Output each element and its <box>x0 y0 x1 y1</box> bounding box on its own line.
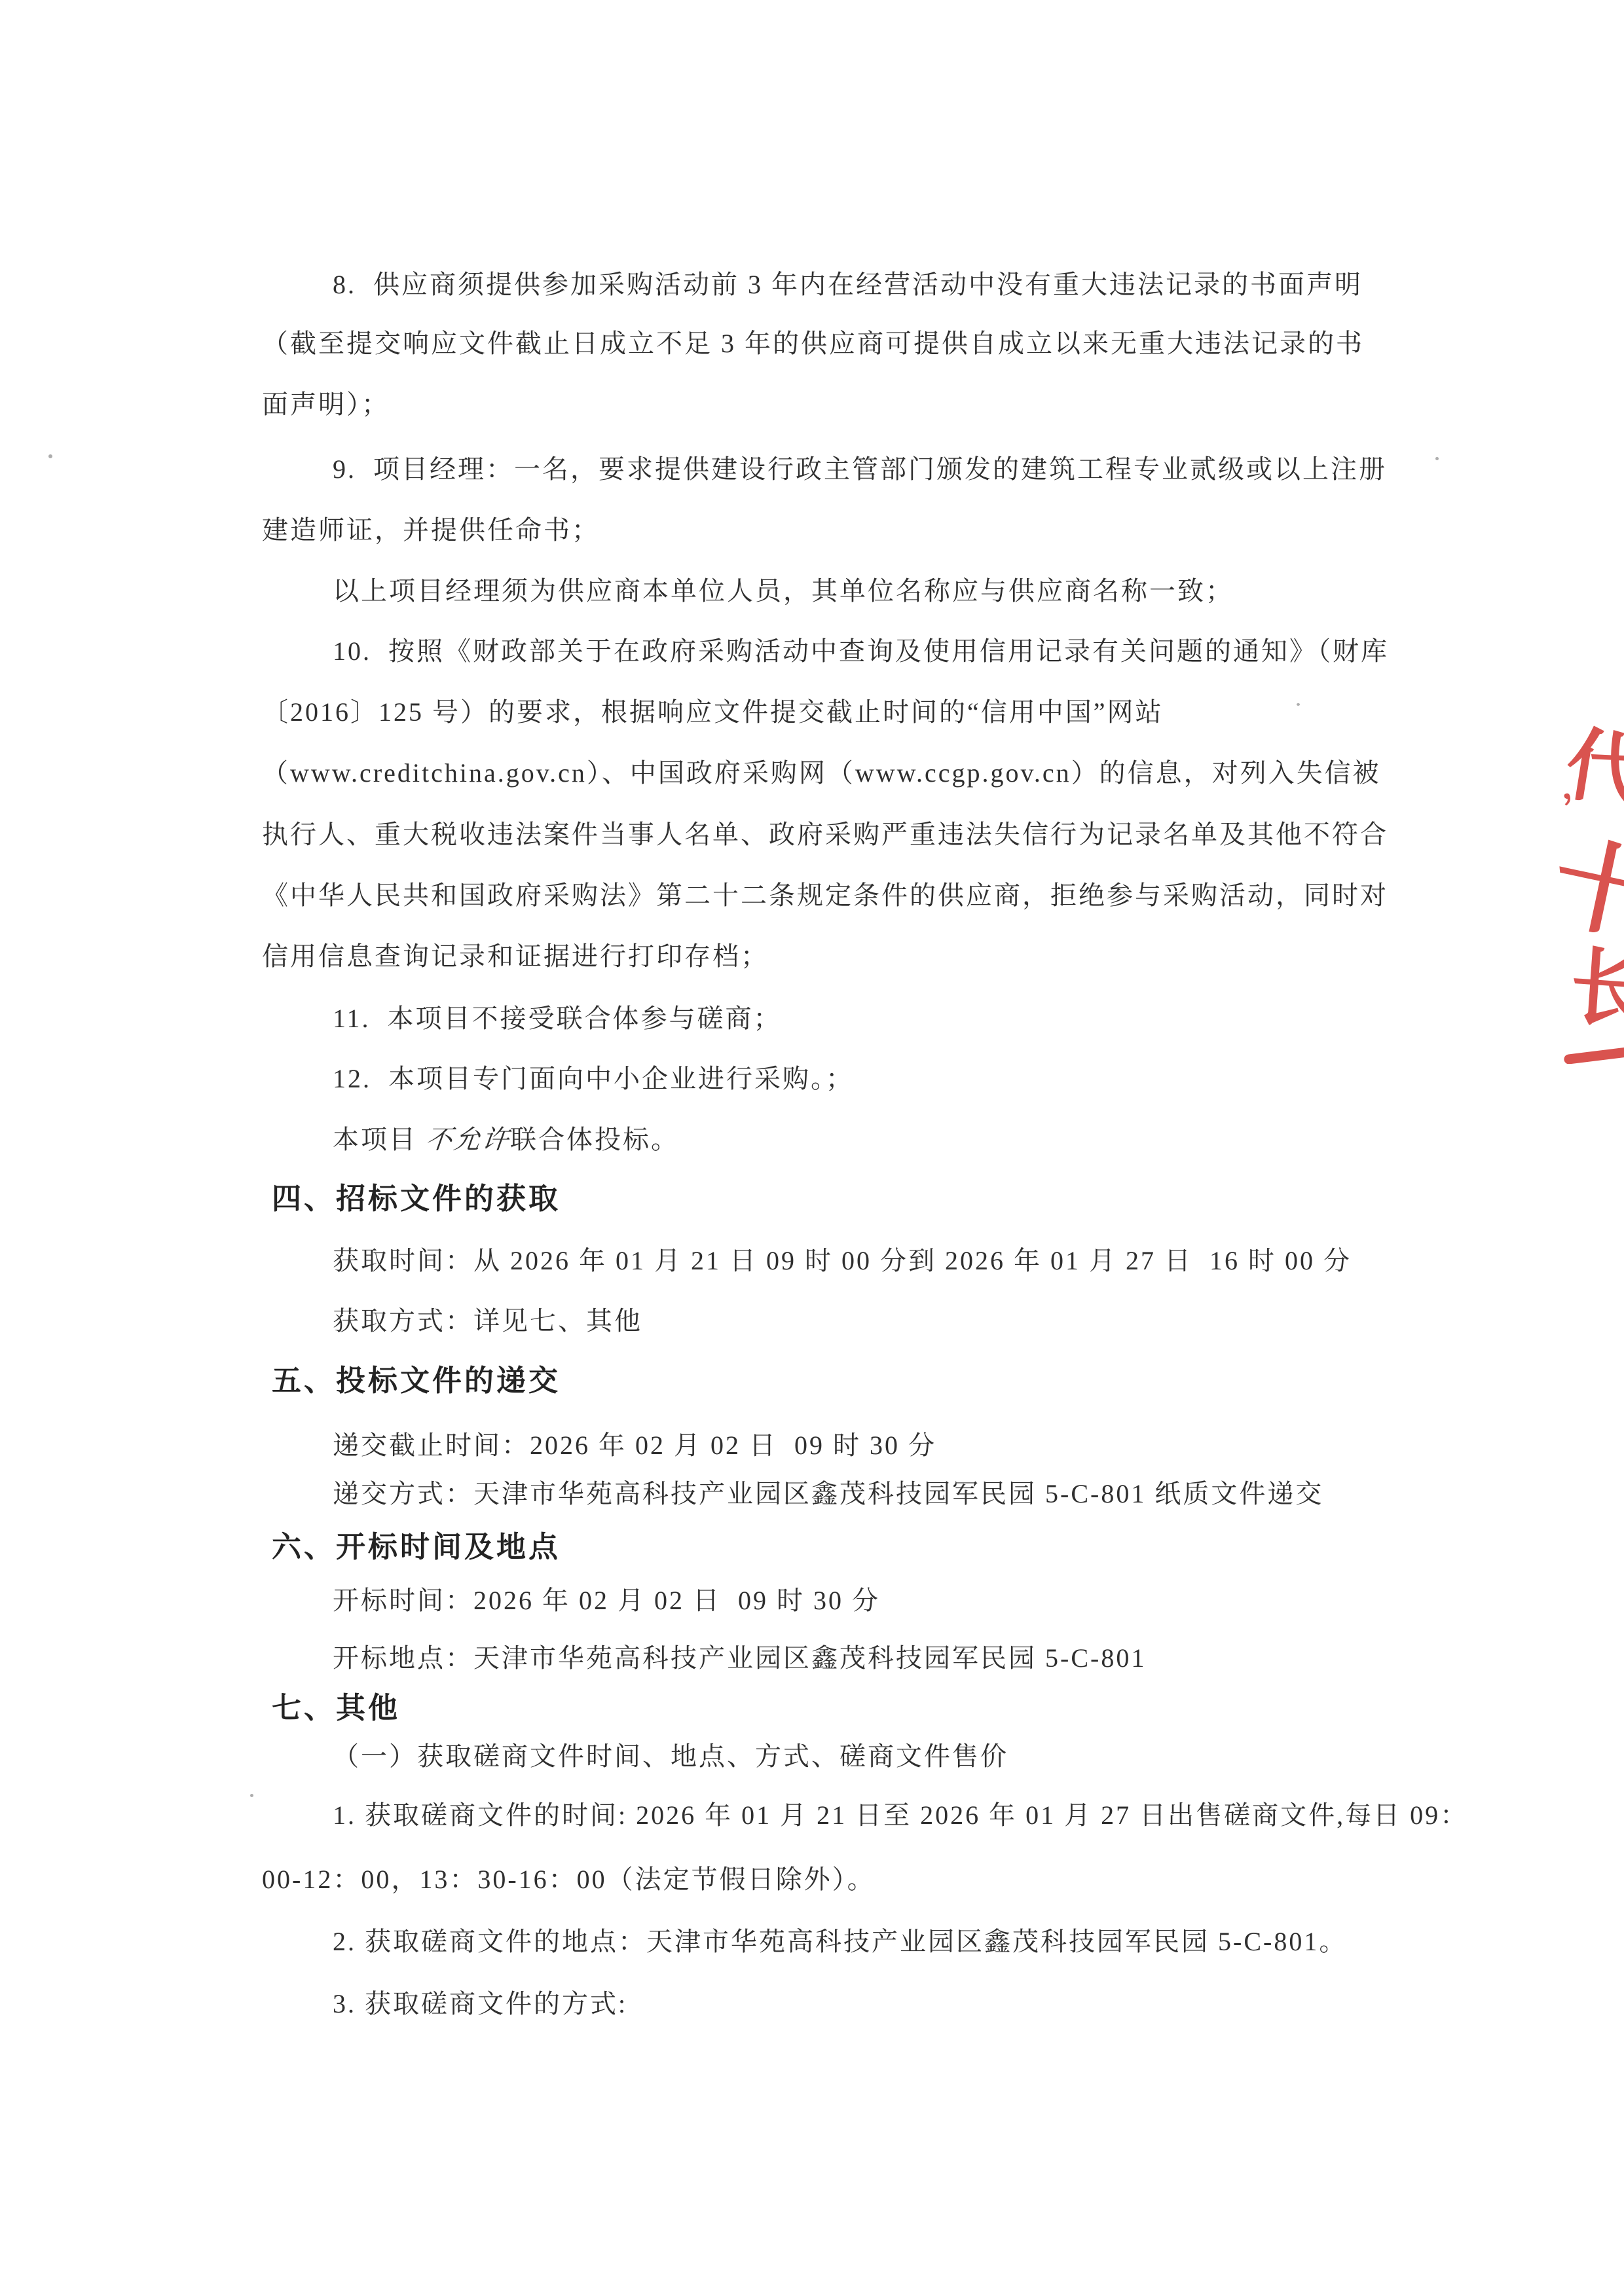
open-time-line: 开标时间：2026 年 02 月 02 日 09 时 30 分 <box>333 1588 880 1614</box>
scan-speck <box>250 1794 253 1797</box>
obtain-time-line: 获取时间：从 2026 年 01 月 21 日 09 时 00 分到 2026 … <box>333 1248 1352 1274</box>
document-page: 8. 供应商须提供参加采购活动前 3 年内在经营活动中没有重大违法记录的书面声明… <box>0 0 1624 2296</box>
scan-speck <box>1297 703 1300 706</box>
section-6-heading: 六、开标时间及地点 <box>272 1532 561 1561</box>
scan-speck <box>48 454 52 458</box>
clause-10-line-1: 10. 按照《财政部关于在政府采购活动中查询及使用信用记录有关问题的通知》（财库 <box>333 638 1389 665</box>
other-item-1-line-1: 1. 获取磋商文件的时间: 2026 年 01 月 21 日至 2026 年 0… <box>333 1802 1468 1829</box>
scan-speck <box>1435 457 1439 460</box>
submit-method-line: 递交方式：天津市华苑高科技产业园区鑫茂科技园军民园 5-C-801 纸质文件递交 <box>333 1481 1323 1507</box>
clause-8-line-2: （截至提交响应文件截止日成立不足 3 年的供应商可提供自成立以来无重大违法记录的… <box>262 331 1364 357</box>
red-ink-stroke <box>1564 1046 1624 1064</box>
no-consortium-prefix: 本项目 <box>333 1125 426 1154</box>
no-consortium-note: 本项目 不允许联合体投标。 <box>333 1127 679 1153</box>
section-4-heading: 四、招标文件的获取 <box>272 1184 561 1213</box>
obtain-method-line: 获取方式：详见七、其他 <box>333 1308 642 1334</box>
red-ink-char-middle: 十 <box>1559 831 1624 949</box>
red-ink-char-bottom: 长 <box>1568 945 1624 1034</box>
submit-deadline-line: 递交截止时间：2026 年 02 月 02 日 09 时 30 分 <box>333 1432 936 1459</box>
clause-11: 11. 本项目不接受联合体参与磋商； <box>333 1006 782 1032</box>
clause-12: 12. 本项目专门面向中小企业进行采购。； <box>333 1066 854 1092</box>
other-item-1-line-2: 00-12：00，13：30-16：00（法定节假日除外）。 <box>262 1867 876 1893</box>
other-subheading: （一）获取磋商文件时间、地点、方式、磋商文件售价 <box>333 1743 1008 1770</box>
open-location-line: 开标地点：天津市华苑高科技产业园区鑫茂科技园军民园 5-C-801 <box>333 1645 1146 1671</box>
section-5-heading: 五、投标文件的递交 <box>272 1366 561 1395</box>
no-consortium-suffix: 联合体投标。 <box>510 1125 679 1154</box>
other-item-3: 3. 获取磋商文件的方式: <box>333 1991 627 2017</box>
clause-9-line-1: 9. 项目经理：一名，要求提供建设行政主管部门颁发的建筑工程专业贰级或以上注册 <box>333 456 1387 483</box>
red-ink-comma-mark: ， <box>1559 765 1596 805</box>
clause-10-line-5: 《中华人民共和国政府采购法》第二十二条规定条件的供应商，拒绝参与采购活动，同时对 <box>262 883 1388 909</box>
clause-8-line-3: 面声明）； <box>262 392 390 418</box>
clause-9-line-2: 建造师证，并提供任命书； <box>262 517 600 543</box>
clause-10-line-6: 信用信息查询记录和证据进行打印存档； <box>262 943 769 970</box>
other-item-2: 2. 获取磋商文件的地点：天津市华苑高科技产业园区鑫茂科技园军民园 5-C-80… <box>333 1929 1347 1955</box>
red-ink-char-top: 代 <box>1560 723 1624 814</box>
clause-8-line-1: 8. 供应商须提供参加采购活动前 3 年内在经营活动中没有重大违法记录的书面声明 <box>333 272 1363 298</box>
no-consortium-emphasis: 不允许 <box>424 1127 511 1153</box>
section-7-heading: 七、其他 <box>272 1693 400 1722</box>
red-ink-annotation: 代 ， 十 长 <box>1559 717 1624 1064</box>
clause-10-line-4: 执行人、重大税收违法案件当事人名单、政府采购严重违法失信行为记录名单及其他不符合 <box>262 822 1388 848</box>
clause-9-note: 以上项目经理须为供应商本单位人员，其单位名称应与供应商名称一致； <box>333 578 1234 604</box>
clause-10-line-3: （www.creditchina.gov.cn）、中国政府采购网（www.ccg… <box>262 760 1381 786</box>
clause-10-line-2: 〔2016〕125 号）的要求，根据响应文件提交截止时间的“信用中国”网站 <box>262 699 1164 725</box>
